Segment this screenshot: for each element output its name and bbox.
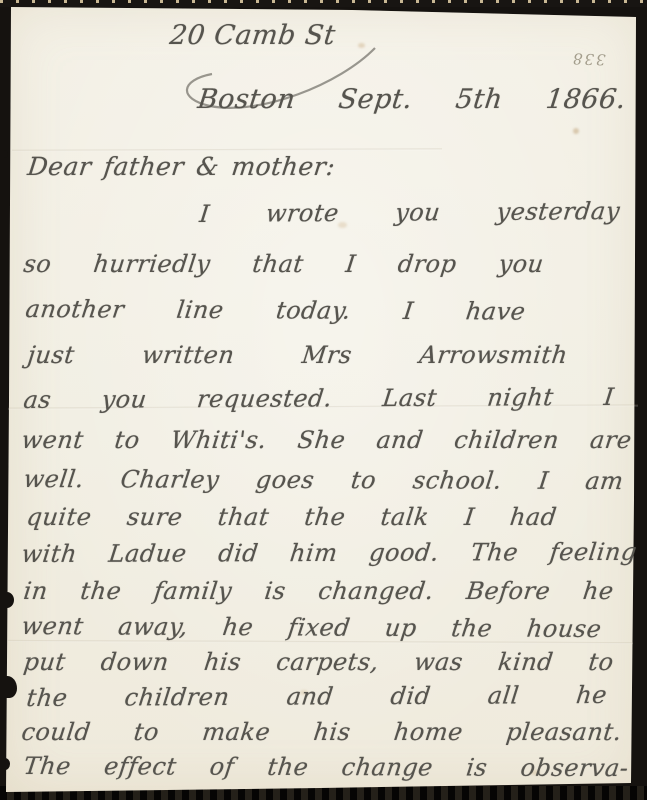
letter-line: another line today. I have [24,295,527,326]
letter-scan: 338 20 Camb St Boston Sept. 5th 1866. De… [0,0,647,800]
torn-edge-notch [0,676,17,698]
dateline: Boston Sept. 5th 1866. [196,84,628,115]
letter-line: went to Whiti's. She and children are [20,426,633,454]
letter-line: could to make his home pleasant. [20,718,623,746]
letter-line: quite sure that the talk I had [25,503,558,531]
letter-line: put down his carpets, was kind to [22,648,615,676]
letter-line: in the family is changed. Before he [22,577,615,605]
letter-line: The effect of the change is observa- [22,752,630,782]
letter-line: so hurriedly that I drop you [22,250,545,278]
letter-line: well. Charley goes to school. I am [22,465,625,495]
salutation: Dear father & mother: [26,152,337,181]
scanner-tick-strip-top [0,0,647,7]
torn-edge-notch [0,758,10,770]
letter-line: with Ladue did him good. The feeling [20,538,639,568]
letter-line: as you requested. Last night I [22,383,616,414]
foxing-spot [573,128,579,134]
letter-line: I wrote you yesterday [198,197,622,228]
letter-line: the children and did all he [25,681,609,712]
torn-edge-notch [0,150,8,158]
letter-line: went away, he fixed up the house [20,612,603,643]
torn-edge-notch [0,592,14,608]
pencil-archive-number: 338 [571,49,606,68]
letter-line: just written Mrs Arrowsmith [26,341,569,369]
